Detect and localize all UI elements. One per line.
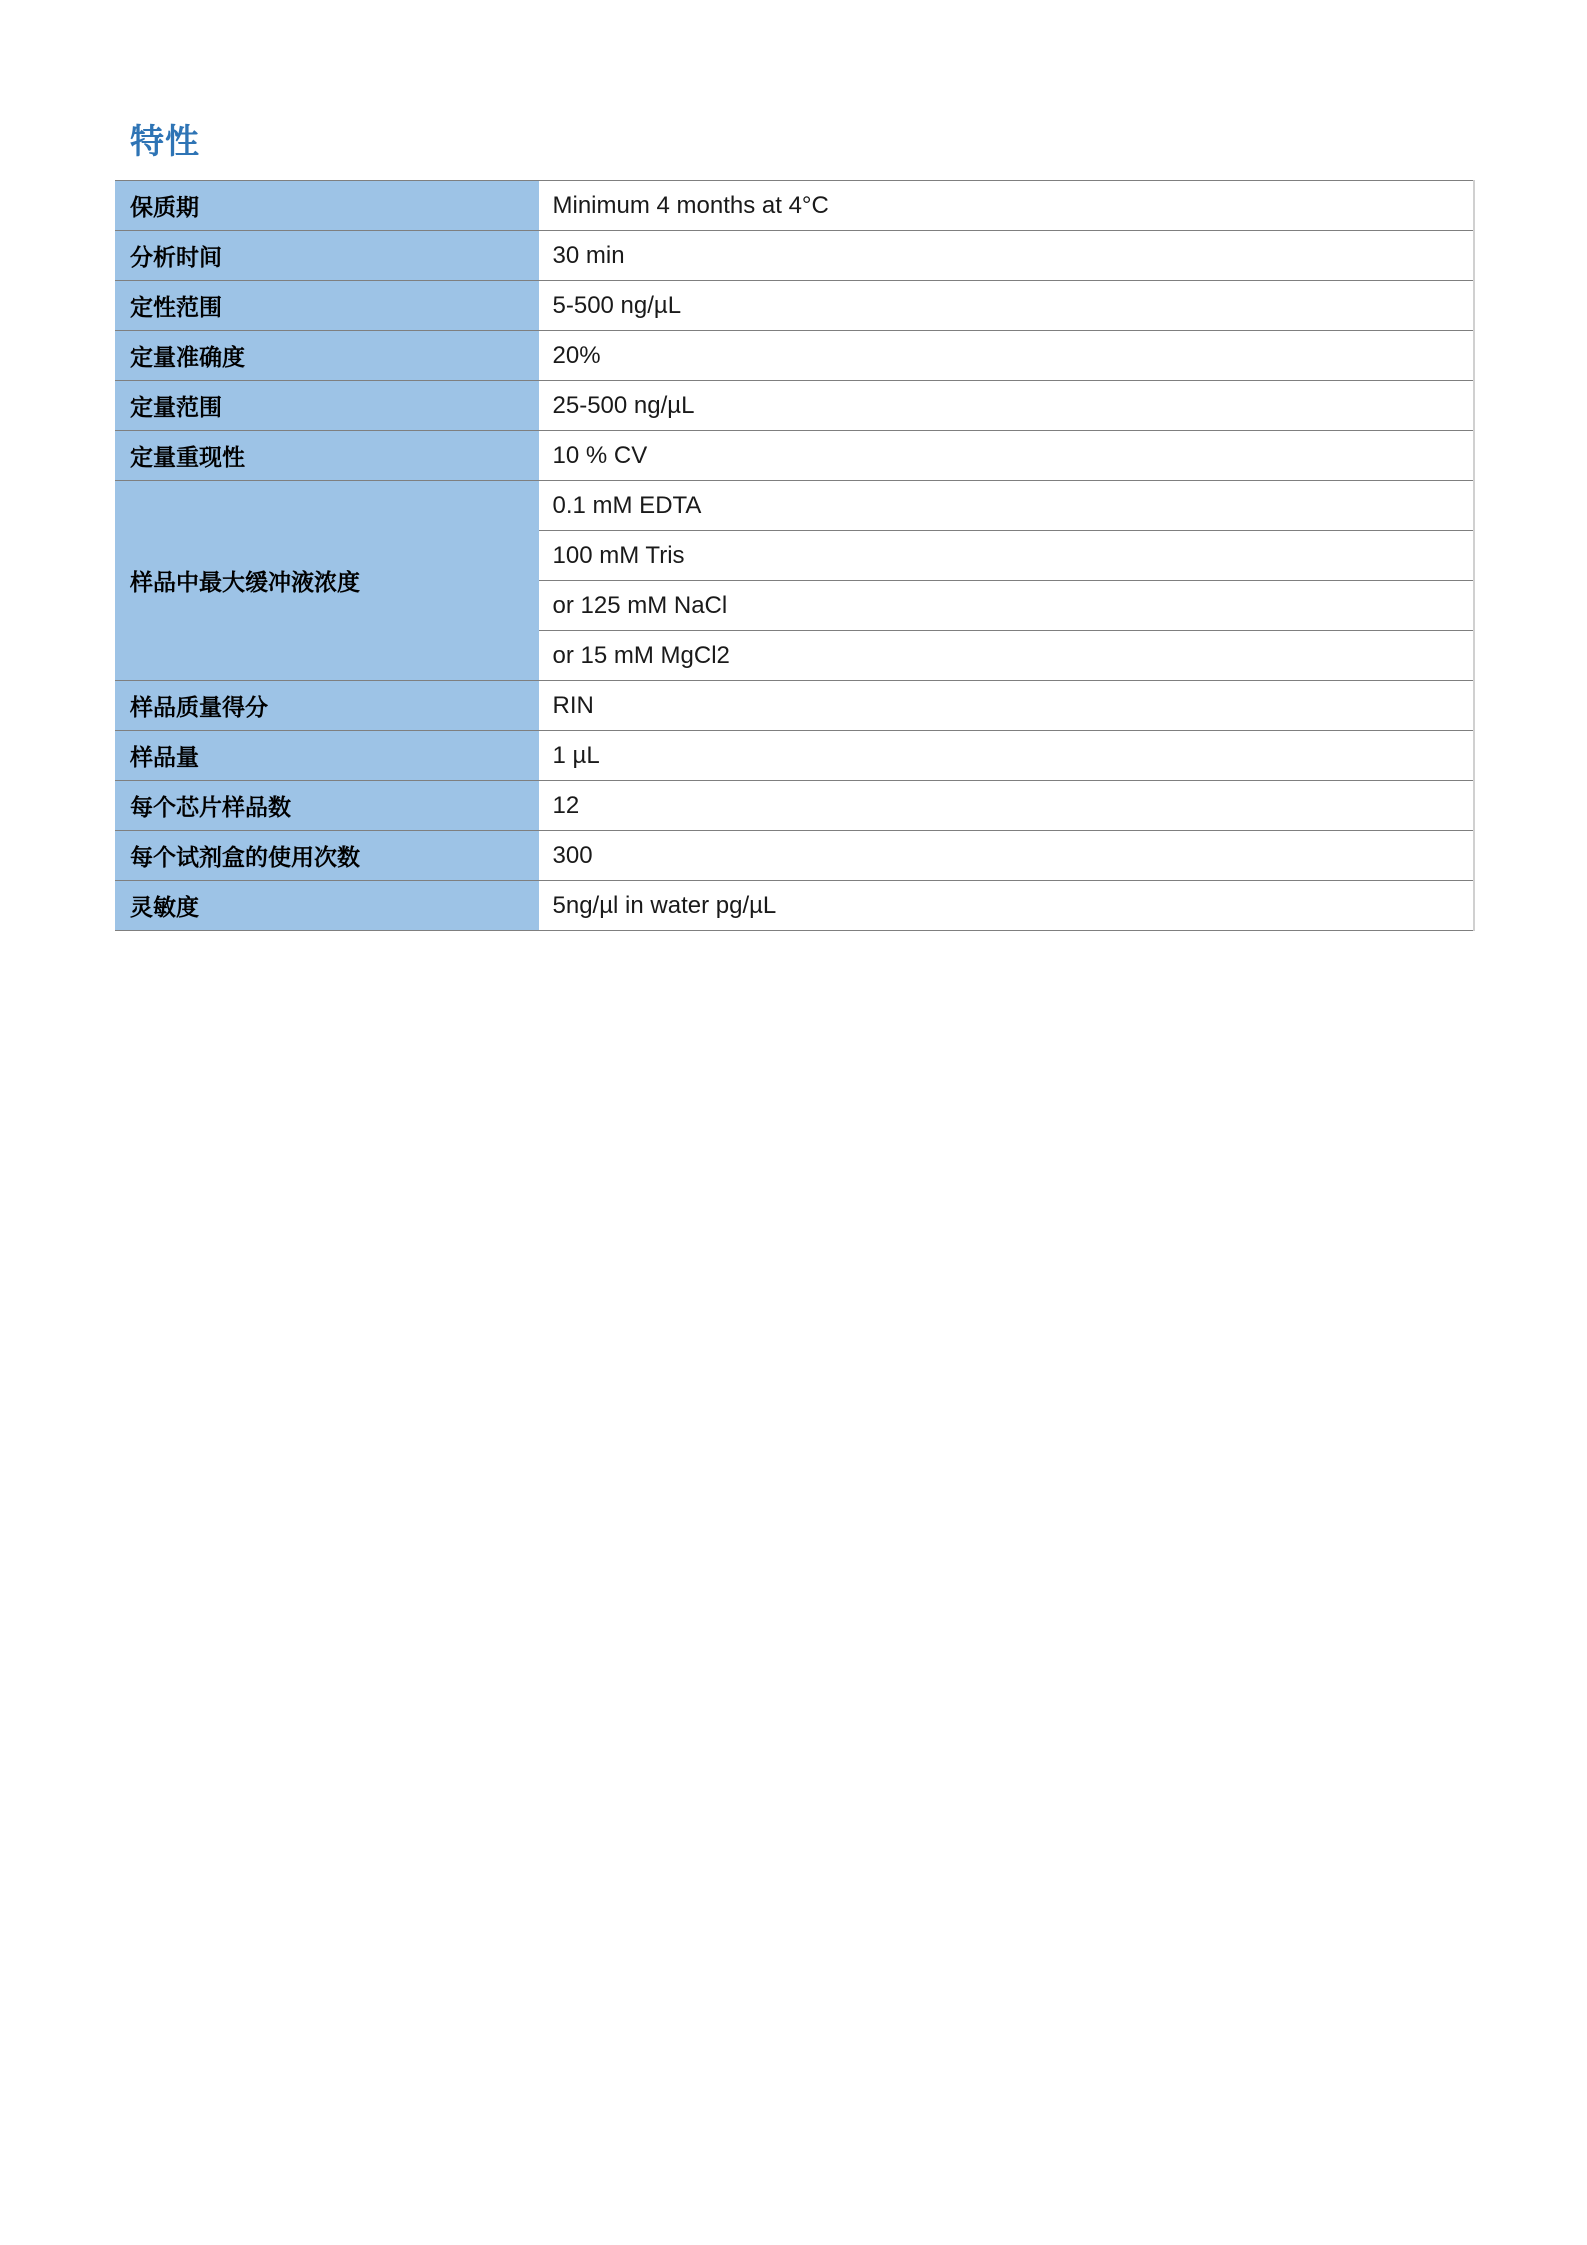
spec-value: Minimum 4 months at 4°C	[539, 181, 1475, 231]
table-row: 样品量 1 µL	[116, 731, 1475, 781]
spec-key: 每个试剂盒的使用次数	[116, 831, 539, 881]
spec-value: 0.1 mM EDTA	[539, 481, 1475, 531]
spec-value: 12	[539, 781, 1475, 831]
spec-key: 定量准确度	[116, 331, 539, 381]
spec-key: 定量重现性	[116, 431, 539, 481]
table-row: 样品中最大缓冲液浓度 0.1 mM EDTA	[116, 481, 1475, 531]
spec-key: 样品质量得分	[116, 681, 539, 731]
spec-key: 分析时间	[116, 231, 539, 281]
spec-value: 1 µL	[539, 731, 1475, 781]
spec-value: 20%	[539, 331, 1475, 381]
table-row: 定量准确度 20%	[116, 331, 1475, 381]
spec-value: 5-500 ng/µL	[539, 281, 1475, 331]
spec-value: 10 % CV	[539, 431, 1475, 481]
spec-value: or 125 mM NaCl	[539, 581, 1475, 631]
spec-key: 灵敏度	[116, 881, 539, 931]
spec-value: 25-500 ng/µL	[539, 381, 1475, 431]
table-row: 分析时间 30 min	[116, 231, 1475, 281]
table-row: 每个试剂盒的使用次数 300	[116, 831, 1475, 881]
spec-key: 定量范围	[116, 381, 539, 431]
table-row: 保质期 Minimum 4 months at 4°C	[116, 181, 1475, 231]
table-row: 定性范围 5-500 ng/µL	[116, 281, 1475, 331]
spec-key: 样品量	[116, 731, 539, 781]
spec-value: RIN	[539, 681, 1475, 731]
spec-value: or 15 mM MgCl2	[539, 631, 1475, 681]
spec-key: 样品中最大缓冲液浓度	[116, 481, 539, 681]
spec-value: 5ng/µl in water pg/µL	[539, 881, 1475, 931]
table-row: 定量范围 25-500 ng/µL	[116, 381, 1475, 431]
spec-value: 100 mM Tris	[539, 531, 1475, 581]
spec-key: 保质期	[116, 181, 539, 231]
spec-value: 300	[539, 831, 1475, 881]
spec-key: 定性范围	[116, 281, 539, 331]
section-title: 特性	[130, 114, 200, 163]
table-row: 定量重现性 10 % CV	[116, 431, 1475, 481]
spec-key: 每个芯片样品数	[116, 781, 539, 831]
table-row: 灵敏度 5ng/µl in water pg/µL	[116, 881, 1475, 931]
table-row: 样品质量得分 RIN	[116, 681, 1475, 731]
table-row: 每个芯片样品数 12	[116, 781, 1475, 831]
spec-value: 30 min	[539, 231, 1475, 281]
spec-table: 保质期 Minimum 4 months at 4°C 分析时间 30 min …	[115, 180, 1475, 931]
